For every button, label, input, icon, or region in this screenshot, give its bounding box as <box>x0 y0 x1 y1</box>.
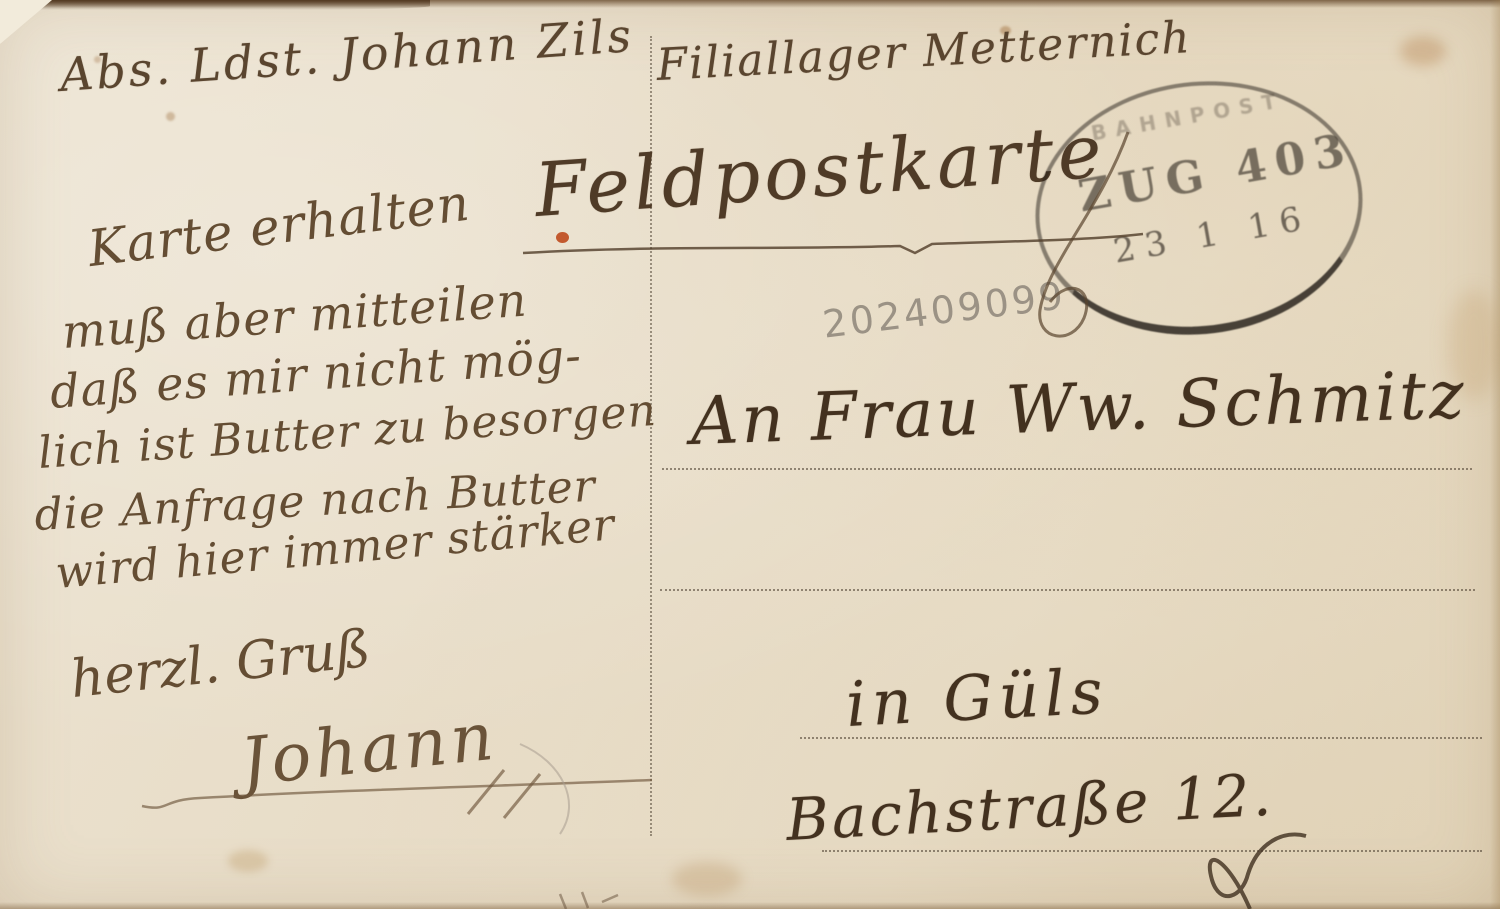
address-line-rule-1 <box>662 468 1472 470</box>
card-top-edge-wear <box>0 0 430 10</box>
sender-line: Abs. Ldst. Johann Zils <box>58 8 635 102</box>
small-stain <box>166 112 175 121</box>
postmark-stamp: BAHNPOST ZUG 403 23 1 16 <box>1021 63 1377 353</box>
address-recipient: An Frau Ww. Schmitz <box>689 356 1468 460</box>
card-right-edge <box>1490 0 1500 909</box>
feldpostkarte-title: Feldpostkarte <box>532 108 1108 234</box>
ink-stain-orange <box>556 232 569 243</box>
message-line: Karte erhalten <box>85 174 473 278</box>
card-bottom-edge <box>0 902 1500 909</box>
bottom-stain <box>672 862 742 896</box>
signature-slashes <box>468 770 540 818</box>
address-street: Bachstraße 12. <box>784 761 1275 854</box>
postcard-back: Abs. Ldst. Johann Zils Filiallager Mette… <box>0 0 1500 909</box>
address-line-rule-4 <box>822 850 1482 852</box>
ink-loop <box>1210 835 1306 909</box>
signature: Johann <box>237 698 501 801</box>
small-stain <box>228 850 268 872</box>
address-line-rule-2 <box>660 589 1475 591</box>
message-closing: herzl. Gruß <box>68 619 373 710</box>
rust-stain <box>1400 36 1446 66</box>
pencil-curve <box>520 744 569 834</box>
pencil-number: 202409099 <box>820 273 1068 346</box>
address-town: in Güls <box>844 654 1110 741</box>
sender-line-continued: Filiallager Metternich <box>655 12 1192 91</box>
